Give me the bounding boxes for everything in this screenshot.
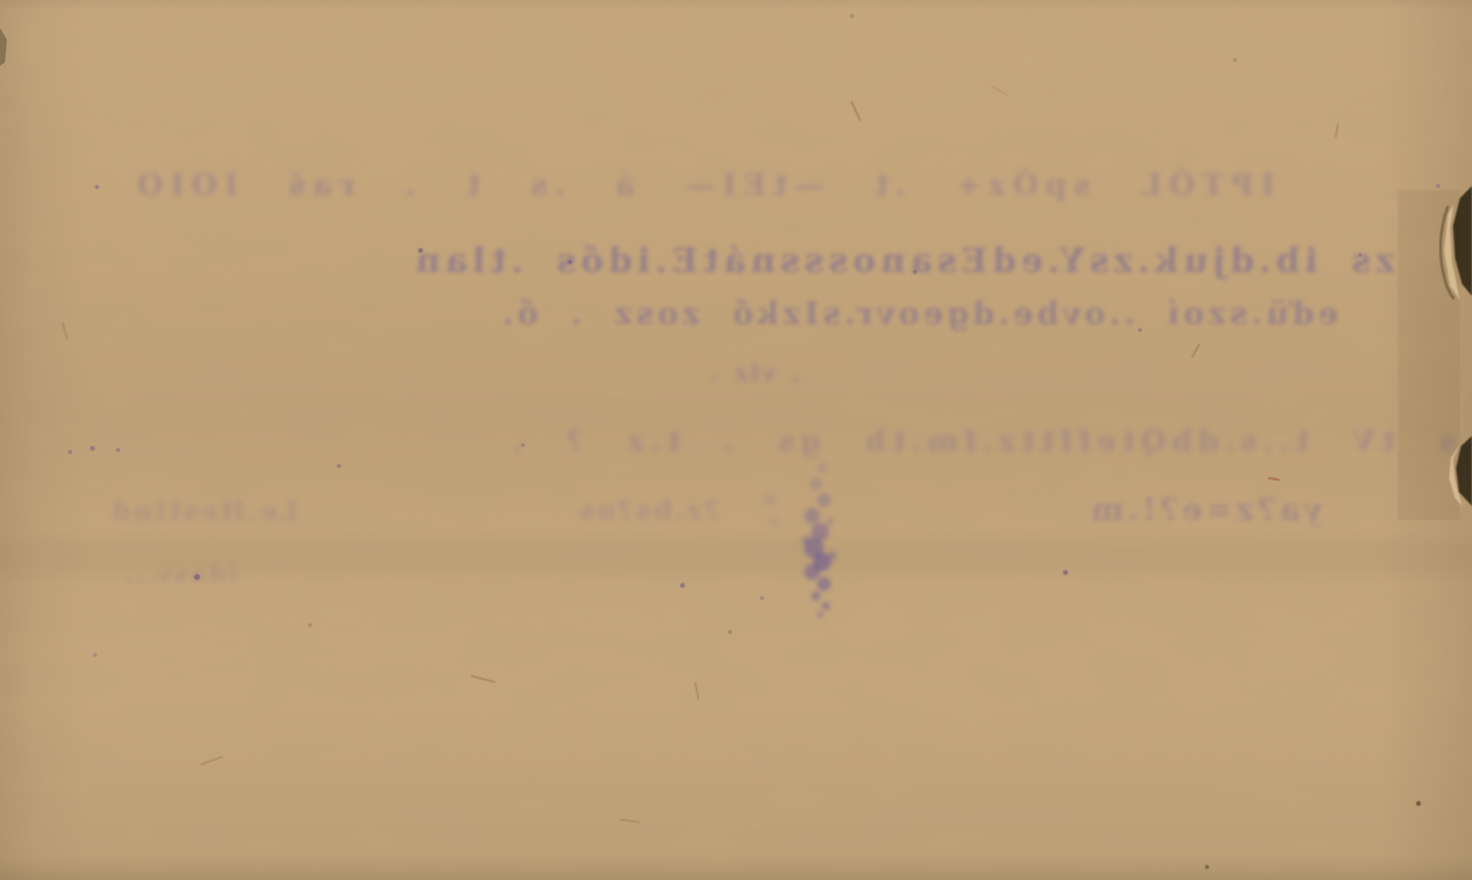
ghost-bleedthrough-text-line: IPTŐL spŐz+ .t —tEI— á .s t . raš IOIO — [85, 168, 1275, 203]
ghost-bleedthrough-text-line: ?z.bs?os — [560, 496, 720, 526]
paper-speck — [95, 185, 99, 189]
paper-speck — [913, 270, 917, 274]
ink-smudge-dot — [769, 517, 779, 527]
ink-smudge-dot — [811, 523, 829, 541]
tear-shadow — [1456, 436, 1472, 506]
paper-fiber — [1268, 477, 1280, 481]
ink-smudge-dot — [811, 591, 821, 601]
ink-smudge-dot — [813, 553, 831, 571]
paper-speck — [308, 623, 312, 627]
paper-fiber — [62, 322, 68, 340]
paper-fiber — [1191, 343, 1200, 358]
paper-fiber — [470, 675, 496, 683]
paper-speck — [1063, 570, 1068, 575]
ink-smudge-dot — [817, 612, 823, 618]
paper-speck — [418, 248, 423, 253]
tear-shadow — [1453, 186, 1472, 296]
paper-speck — [116, 448, 120, 452]
paper-speck — [1233, 58, 1237, 62]
paper-speck — [760, 596, 764, 600]
ink-smudge-dot — [826, 518, 834, 526]
ink-smudge-dot — [804, 508, 820, 524]
ghost-bleedthrough-text-line: idasv... — [88, 560, 238, 589]
paper-speck — [728, 630, 732, 634]
paper-fiber — [991, 85, 1009, 96]
paper-speck — [1436, 184, 1440, 188]
paper-fiber — [620, 819, 640, 823]
ink-smudge-dot — [817, 577, 831, 591]
ink-smudge-dot — [817, 493, 831, 507]
paper-speck — [194, 574, 200, 580]
ink-smudge-dot — [822, 602, 830, 610]
paper-speck — [521, 443, 525, 447]
ink-smudge-dot — [764, 494, 776, 506]
tear-highlight — [1449, 444, 1462, 506]
paper-speck — [337, 464, 341, 468]
corner-nick — [0, 28, 7, 66]
ink-smudge-dot — [810, 478, 822, 490]
ghost-bleedthrough-text-line: eďü.szoí ..ovbe.dgeovr.sIzkő zosz . ő. — [88, 296, 1338, 332]
ghost-bleedthrough-text-line: ya?z=e?!.m — [1052, 492, 1322, 528]
ghost-bleedthrough-text-line: Le.Hestind — [88, 497, 298, 527]
paper-speck — [68, 450, 72, 454]
paper-fiber — [200, 756, 223, 766]
paper-speck — [680, 583, 685, 588]
ink-smudge-dot — [801, 535, 811, 545]
ink-smudge-dot — [804, 564, 820, 580]
paper-speck — [850, 14, 854, 18]
ghost-bleedthrough-text-line: zs ib.djuk.zsY.edEsanosssnátE.idős .tlan — [85, 241, 1395, 281]
paper-speck — [1205, 865, 1209, 869]
ink-smudge-dot — [827, 551, 837, 561]
paper-speck — [568, 260, 572, 264]
paper-mottle-texture — [0, 0, 1472, 880]
ink-smudge-dot — [817, 463, 827, 473]
ink-smudge — [0, 0, 1472, 880]
paper-speck — [93, 653, 97, 657]
paper-grain-texture — [0, 0, 1472, 880]
scanned-paper-page: IPTŐL spŐz+ .t —tEI— á .s t . raš IOIOzs… — [0, 0, 1472, 880]
paper-fiber — [1335, 124, 1339, 138]
paper-fiber — [695, 682, 700, 700]
paper-tears-layer — [0, 0, 1472, 880]
crease-line — [1441, 206, 1454, 299]
tear-highlight — [1444, 196, 1460, 300]
ghost-bleedthrough-text-line: . viz . — [700, 358, 800, 387]
paper-speck — [1138, 328, 1142, 332]
paper-speck — [1358, 253, 1362, 257]
ghost-bleedthrough-text-line: s tV t..s.dbQteffttz.fm.th gs . t.z ? . — [75, 424, 1455, 458]
ink-smudge-dot — [804, 538, 824, 558]
fold-shadow — [1398, 190, 1460, 520]
paper-speck — [90, 446, 95, 451]
paper-fiber — [851, 100, 862, 121]
paper-speck — [1416, 801, 1421, 806]
